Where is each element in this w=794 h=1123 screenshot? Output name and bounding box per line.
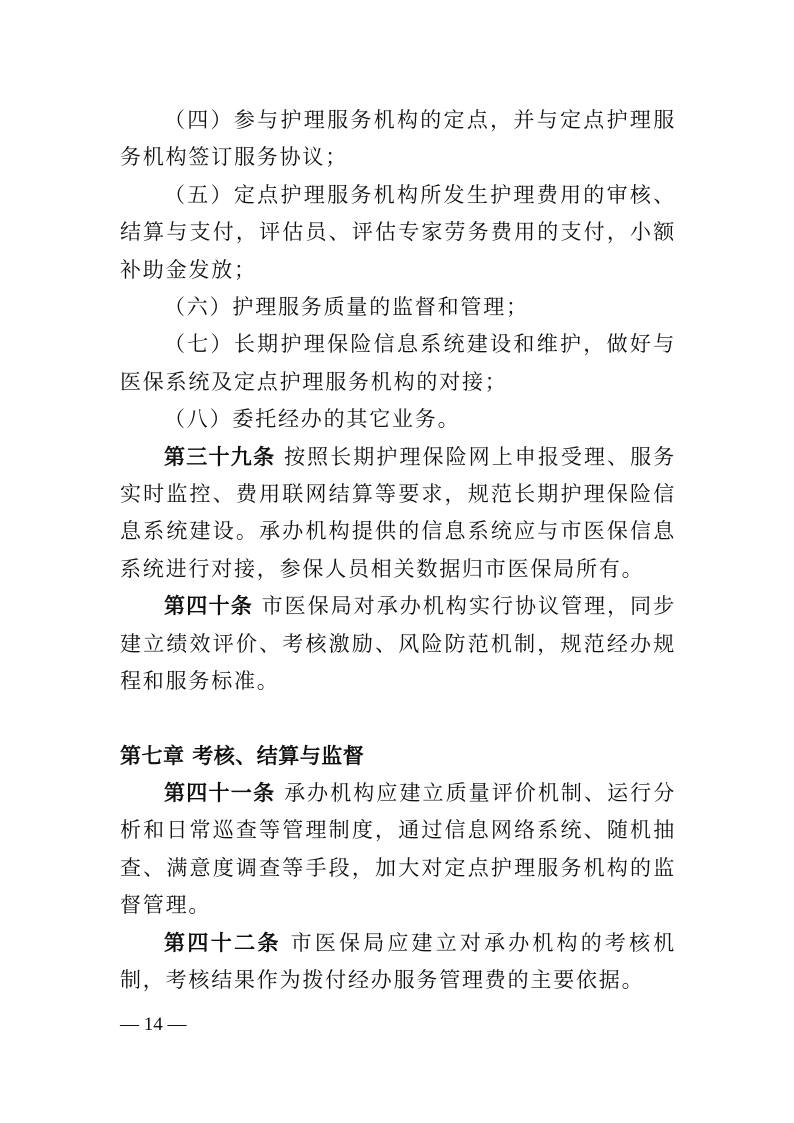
article-label: 第三十九条 bbox=[164, 445, 275, 469]
list-item-6: （六）护理服务质量的监督和管理； bbox=[120, 289, 676, 326]
page-number: — 14 — bbox=[120, 1014, 187, 1036]
article-label: 第四十条 bbox=[164, 594, 253, 618]
article-41: 第四十一条 承办机构应建立质量评价机制、运行分析和日常巡查等管理制度，通过信息网… bbox=[120, 775, 676, 925]
list-item-5: （五）定点护理服务机构所发生护理费用的审核、结算与支付，评估员、评估专家劳务费用… bbox=[120, 177, 676, 289]
article-40: 第四十条 市医保局对承办机构实行协议管理，同步建立绩效评价、考核激励、风险防范机… bbox=[120, 588, 676, 700]
article-label: 第四十二条 bbox=[164, 931, 281, 955]
article-42: 第四十二条 市医保局应建立对承办机构的考核机制，考核结果作为拨付经办服务管理费的… bbox=[120, 925, 676, 1000]
document-page: （四）参与护理服务机构的定点，并与定点护理服务机构签订服务协议； （五）定点护理… bbox=[120, 102, 676, 999]
chapter-title: 第七章 考核、结算与监督 bbox=[120, 738, 676, 775]
article-label: 第四十一条 bbox=[164, 781, 275, 805]
list-item-4: （四）参与护理服务机构的定点，并与定点护理服务机构签订服务协议； bbox=[120, 102, 676, 177]
list-item-7: （七）长期护理保险信息系统建设和维护，做好与医保系统及定点护理服务机构的对接； bbox=[120, 326, 676, 401]
article-39: 第三十九条 按照长期护理保险网上申报受理、服务实时监控、费用联网结算等要求，规范… bbox=[120, 439, 676, 589]
list-item-8: （八）委托经办的其它业务。 bbox=[120, 401, 676, 438]
